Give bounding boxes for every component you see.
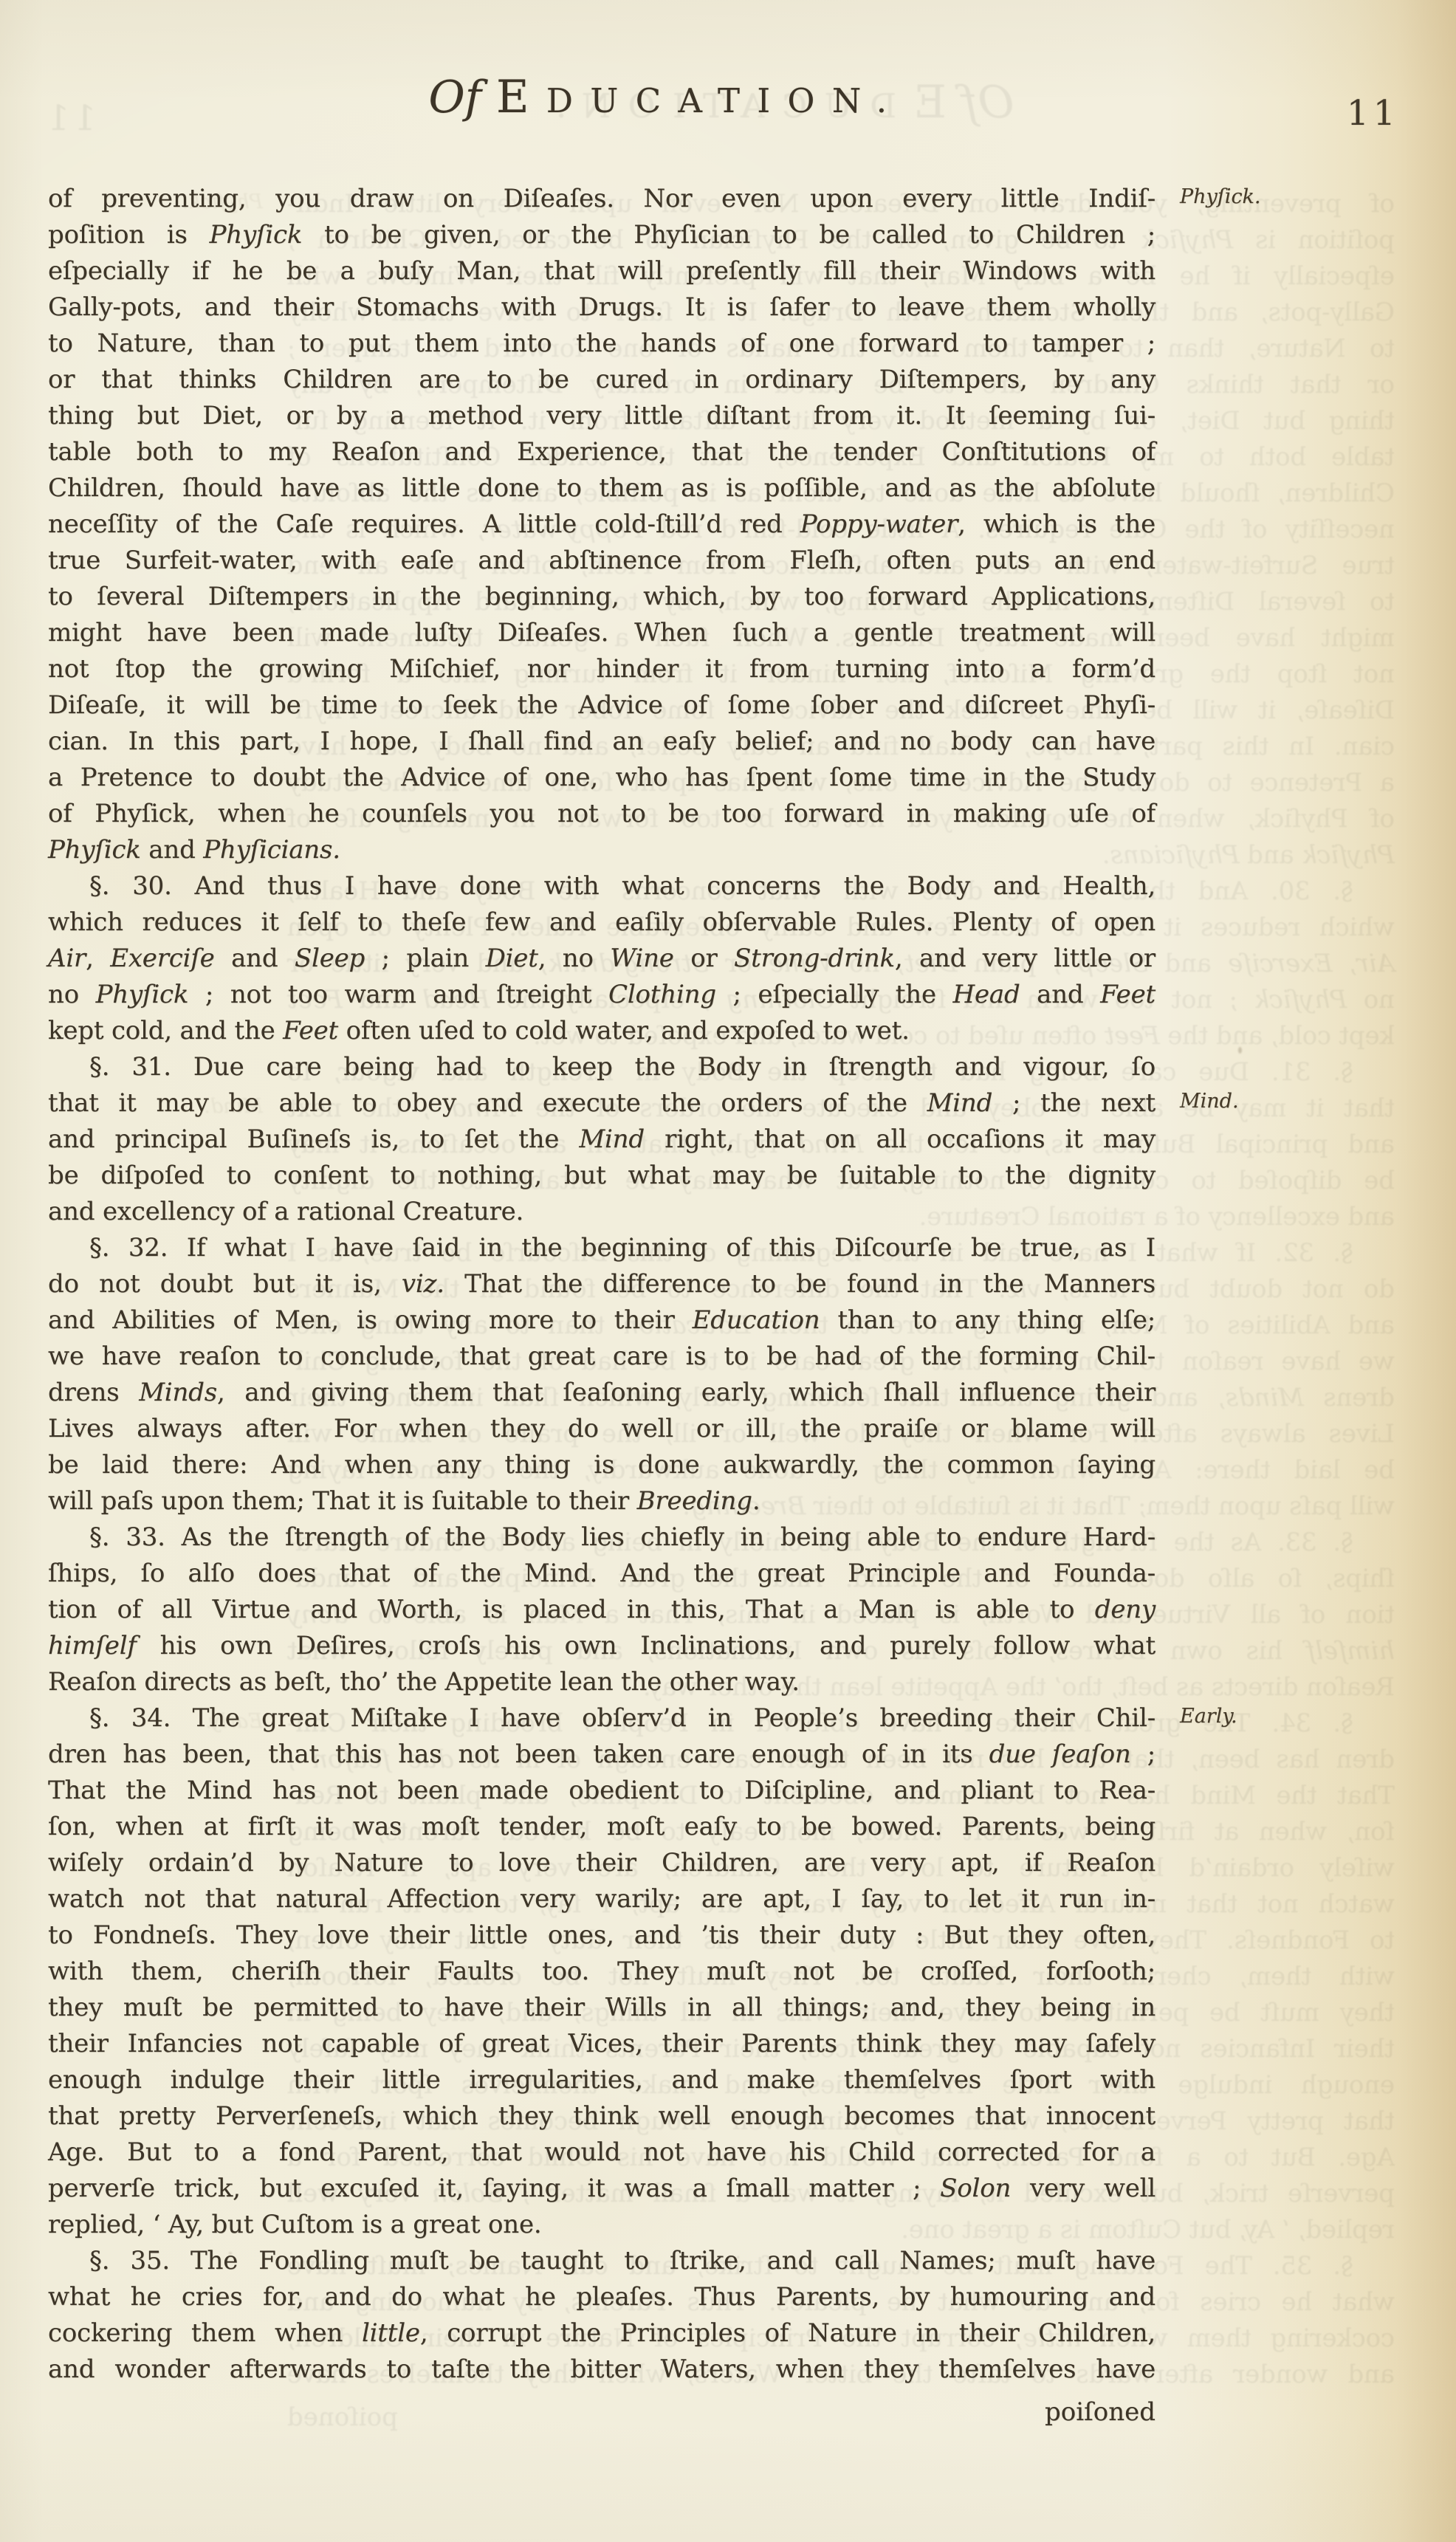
margin-note: Early. <box>1180 1705 1237 1728</box>
header-of-word: Of <box>429 72 481 123</box>
text-line: Reaſon directs as beſt, tho’ the Appetit… <box>48 1664 1155 1700</box>
text-line: might have been made luſty Diſeaſes. Whe… <box>48 615 1155 651</box>
running-header: Of EDUCATION. <box>48 71 1155 123</box>
text-line: no Phyſick ; not too warm and ſtreight C… <box>48 977 1155 1013</box>
text-line: what he cries for, and do what he pleaſe… <box>48 2279 1155 2315</box>
text-line: drens Minds, and giving them that ſeaſon… <box>48 1375 1155 1411</box>
text-line: and Abilities of Men, is owing more to t… <box>48 1302 1155 1339</box>
text-line: ſon, when at firſt it was moſt tender, m… <box>48 1809 1155 1845</box>
text-line: Air, Exerciſe and Sleep ; plain Diet, no… <box>48 941 1155 977</box>
text-line: do not doubt but it is, viz. That the di… <box>48 1266 1155 1302</box>
text-line: Gally-pots, and their Stomachs with Drug… <box>48 289 1155 326</box>
text-line: §. 33. As the ſtrength of the Body lies … <box>48 1519 1155 1556</box>
text-line: §. 34. The great Miſtake I have obſerv’d… <box>48 1700 1155 1737</box>
text-line: their Infancies not capable of great Vic… <box>48 2026 1155 2062</box>
text-line: neceſſity of the Caſe requires. A little… <box>48 506 1155 543</box>
text-line: poſition is Phyſick to be given, or the … <box>48 217 1155 253</box>
text-line: or that thinks Children are to be cured … <box>48 362 1155 398</box>
text-line: not ſtop the growing Miſchief, nor hinde… <box>48 651 1155 687</box>
body-text: of preventing, you draw on Diſeaſes. Nor… <box>48 181 1155 2388</box>
text-line: §. 35. The Fondling muſt be taught to ſt… <box>48 2243 1155 2279</box>
header-title: EDUCATION. <box>496 71 904 123</box>
text-line: of Phyſick, when he counſels you not to … <box>48 796 1155 832</box>
text-line: of preventing, you draw on Diſeaſes. Nor… <box>48 181 1155 217</box>
text-line: tion of all Virtue and Worth, is placed … <box>48 1592 1155 1628</box>
text-line: thing but Diet, or by a method very litt… <box>48 398 1155 434</box>
paper-speck <box>413 244 418 247</box>
text-line: §. 31. Due care being had to keep the Bo… <box>48 1049 1155 1085</box>
text-line: Age. But to a fond Parent, that would no… <box>48 2134 1155 2171</box>
scanned-book-page: Of EDUCATION. 11 of preventing, you draw… <box>0 0 1456 2542</box>
text-line: Children, ſhould have as little done to … <box>48 470 1155 506</box>
text-line: ſhips, ſo alſo does that of the Mind. An… <box>48 1556 1155 1592</box>
text-line: which reduces it ſelf to theſe few and e… <box>48 904 1155 941</box>
text-line: That the Mind has not been made obedient… <box>48 1773 1155 1809</box>
text-line: be laid there: And when any thing is don… <box>48 1447 1155 1483</box>
text-line: §. 32. If what I have ſaid in the beginn… <box>48 1230 1155 1266</box>
text-line: and excellency of a rational Creature. <box>48 1194 1155 1230</box>
text-line: himſelf his own Deſires, croſs his own I… <box>48 1628 1155 1664</box>
text-line: they muſt be permitted to have their Wil… <box>48 1990 1155 2026</box>
margin-note: Mind. <box>1180 1090 1239 1113</box>
text-line: Diſeaſe, it will be time to ſeek the Adv… <box>48 687 1155 724</box>
text-line: will paſs upon them; That it is ſuitable… <box>48 1483 1155 1519</box>
paper-speck <box>1238 1047 1242 1054</box>
text-line: eſpecially if he be a buſy Man, that wil… <box>48 253 1155 289</box>
printed-content: Of EDUCATION. 11 of preventing, you draw… <box>0 0 1456 2542</box>
text-line: Phyſick and Phyſicians. <box>48 832 1155 868</box>
text-line: watch not that natural Affection very wa… <box>48 1881 1155 1917</box>
text-line: wiſely ordain’d by Nature to love their … <box>48 1845 1155 1881</box>
text-line: replied, ‘ Ay, but Cuſtom is a great one… <box>48 2207 1155 2243</box>
text-line: dren has been, that this has not been ta… <box>48 1737 1155 1773</box>
margin-note: Phyſick. <box>1180 185 1261 208</box>
text-line: true Surfeit-water, with eaſe and abſtin… <box>48 543 1155 579</box>
text-line: kept cold, and the Feet often uſed to co… <box>48 1013 1155 1049</box>
text-line: and principal Buſineſs is, to ſet the Mi… <box>48 1121 1155 1158</box>
text-line: Lives always after. For when they do wel… <box>48 1411 1155 1447</box>
text-line: with them, cheriſh their Faults too. The… <box>48 1954 1155 1990</box>
text-line: to Nature, than to put them into the han… <box>48 326 1155 362</box>
catchword: poiſoned <box>48 2394 1155 2431</box>
text-line: cockering them when little, corrupt the … <box>48 2315 1155 2352</box>
paper-speck <box>229 2252 232 2255</box>
text-line: be diſpoſed to conſent to nothing, but w… <box>48 1158 1155 1194</box>
text-line: and wonder afterwards to taſte the bitte… <box>48 2352 1155 2388</box>
text-line: §. 30. And thus I have done with what co… <box>48 868 1155 904</box>
text-line: that it may be able to obey and execute … <box>48 1085 1155 1121</box>
text-line: enough indulge their little irregulariti… <box>48 2062 1155 2098</box>
text-line: to ſeveral Diſtempers in the beginning, … <box>48 579 1155 615</box>
text-line: table both to my Reaſon and Experience, … <box>48 434 1155 470</box>
text-line: that pretty Perverſeneſs, which they thi… <box>48 2098 1155 2134</box>
page-number: 11 <box>1347 93 1400 134</box>
text-line: perverſe trick, but excuſed it, ſaying, … <box>48 2171 1155 2207</box>
text-line: a Pretence to doubt the Advice of one, w… <box>48 760 1155 796</box>
text-line: we have reaſon to conclude, that great c… <box>48 1339 1155 1375</box>
text-line: to Fondneſs. They love their little ones… <box>48 1917 1155 1954</box>
text-line: cian. In this part, I hope, I ſhall find… <box>48 724 1155 760</box>
